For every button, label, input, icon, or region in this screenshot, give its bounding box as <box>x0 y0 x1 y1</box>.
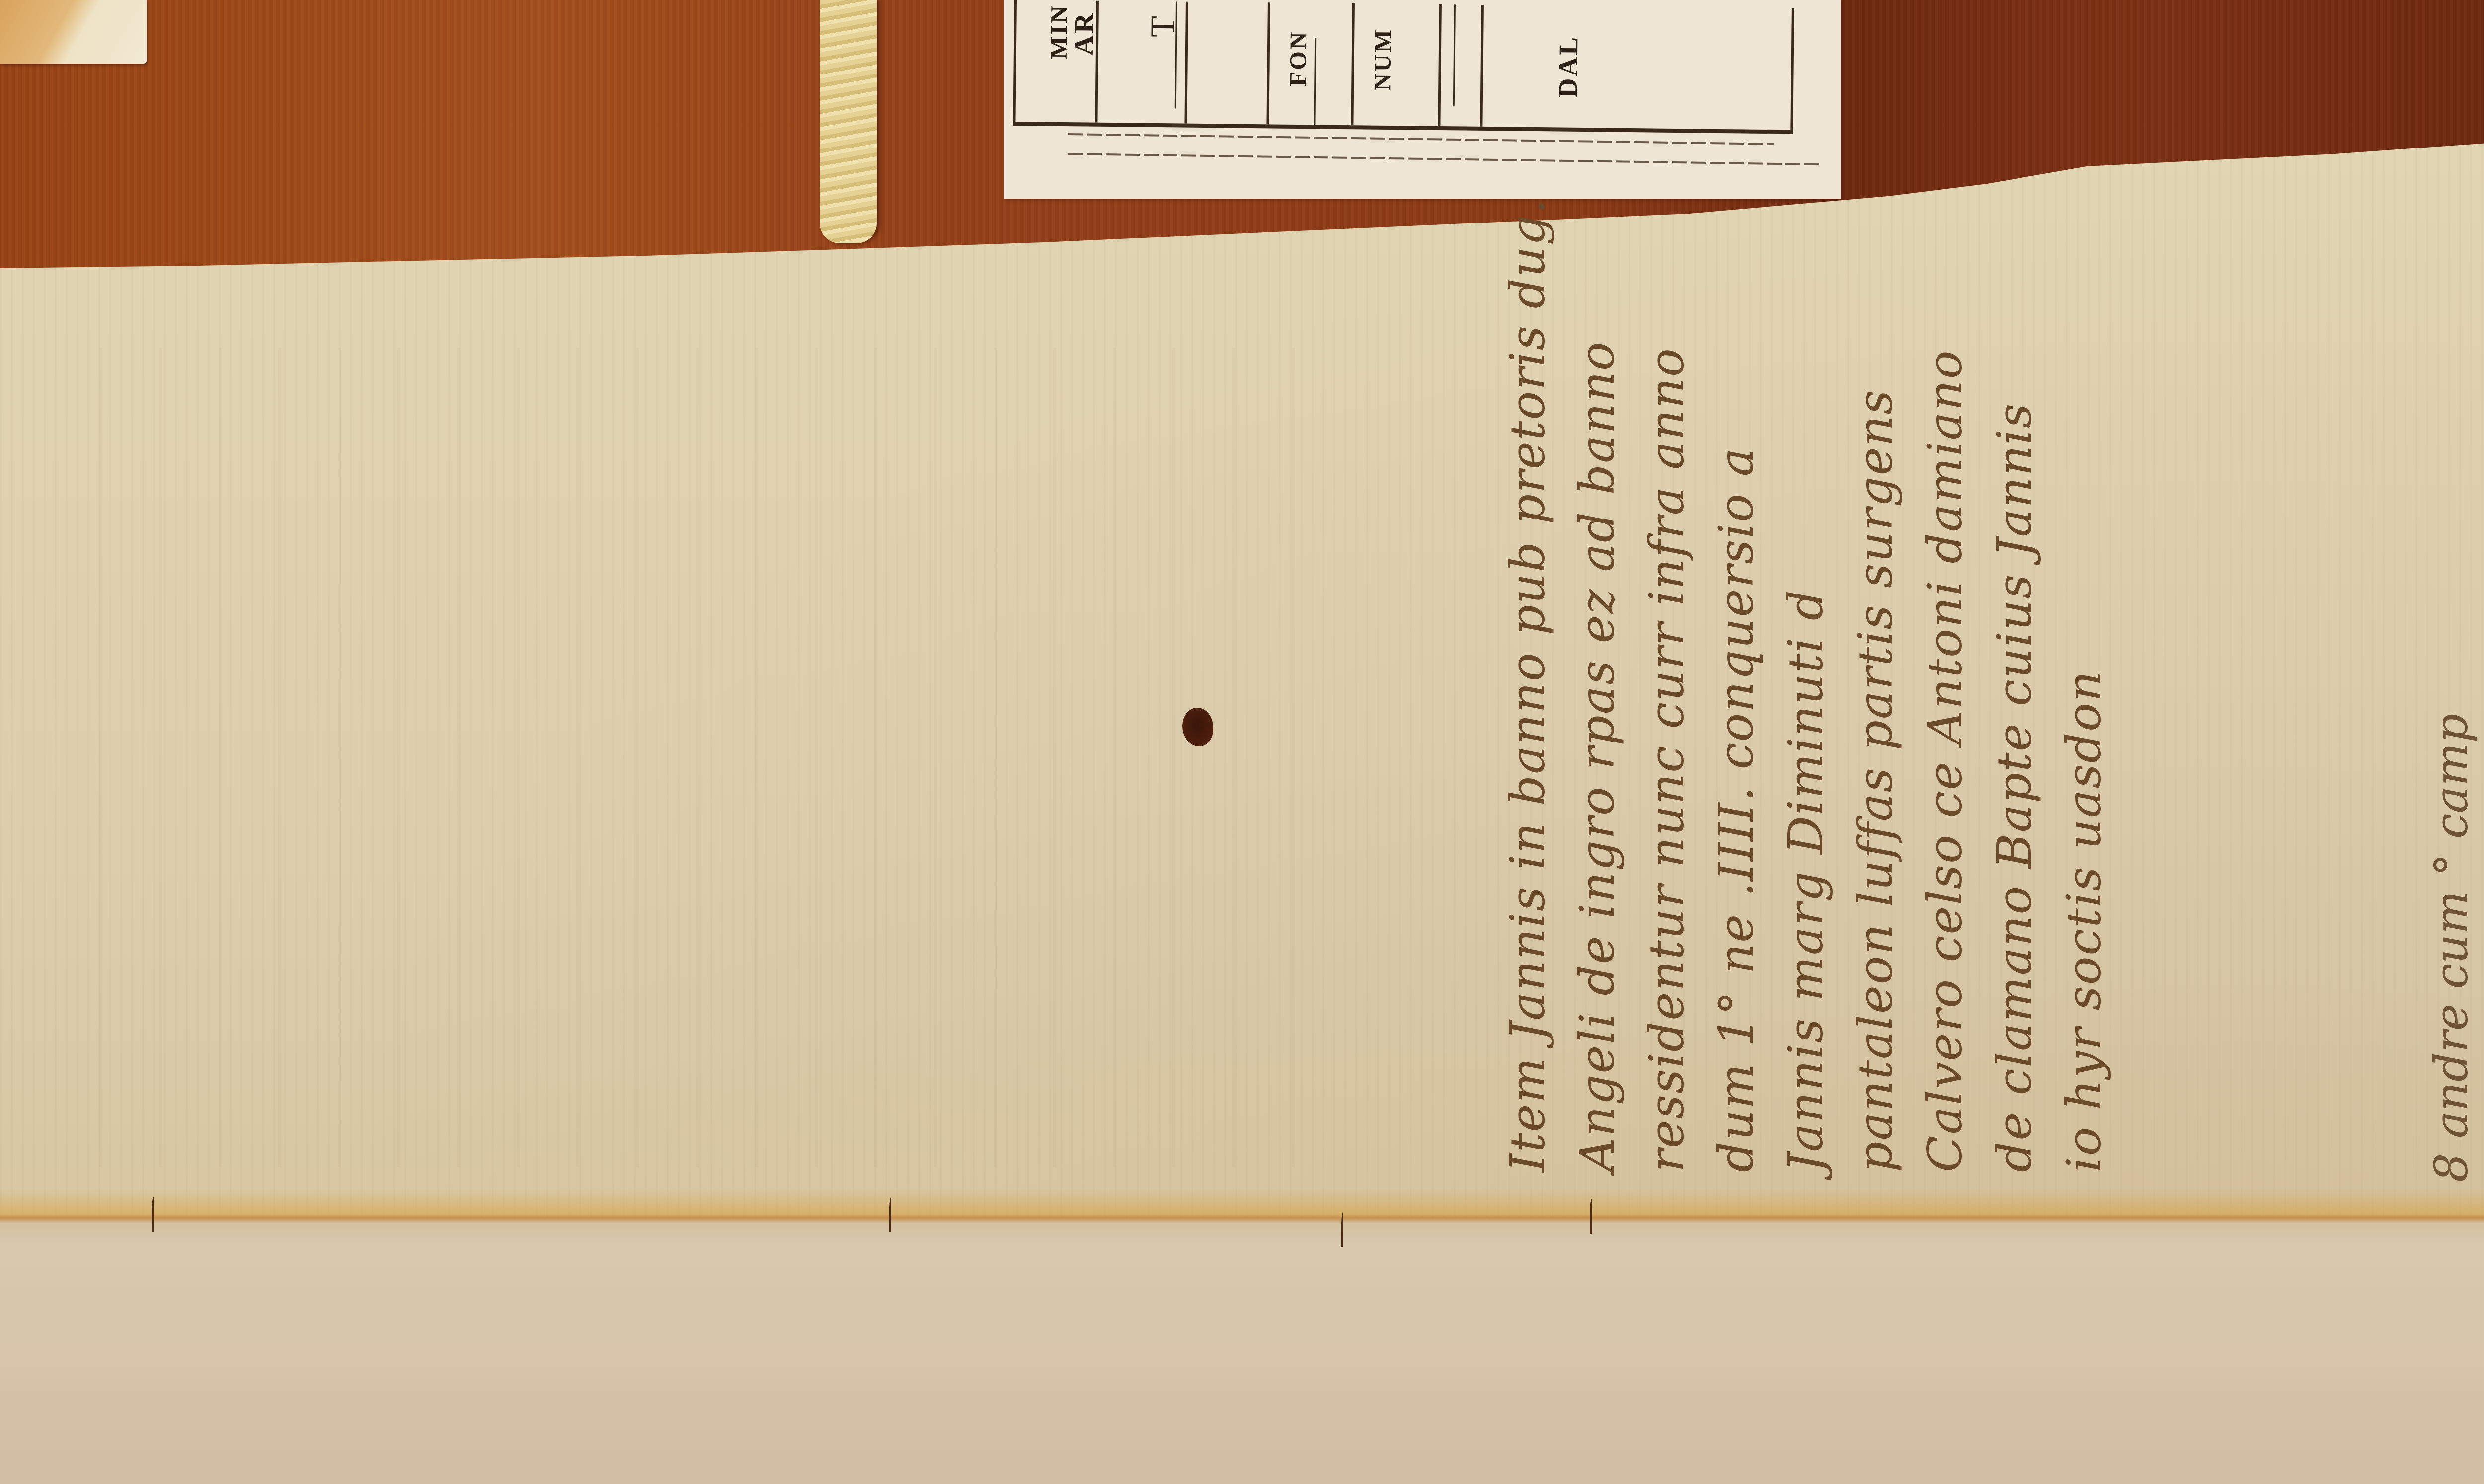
label-handwritten-mark: T <box>1143 14 1183 38</box>
page-fold-stain <box>0 1189 2484 1244</box>
text-line: Item Jannis in banno pub pretoris dug. <box>1495 303 1565 1172</box>
archive-label: MIN AR T FON NUM DAL <box>1004 0 1841 199</box>
label-rule <box>1068 153 1823 165</box>
label-divider <box>1184 2 1188 124</box>
label-field-dal: DAL <box>1552 35 1584 98</box>
text-line: Angeli de ingro rpas ez ad banno <box>1565 303 1634 1172</box>
text-line: de clamano Bapte cuius Jannis <box>1982 303 2052 1172</box>
lower-page-half <box>0 1218 2484 1484</box>
label-divider <box>1453 4 1456 106</box>
label-table: MIN AR T FON NUM DAL <box>1013 0 1794 134</box>
label-field-ar: AR <box>1068 11 1100 56</box>
note-line: 8 andre cum ° camp <box>2419 114 2484 1182</box>
label-divider <box>1266 2 1270 124</box>
handwritten-main-text: Item Jannis in banno pub pretoris dug. A… <box>1495 303 2121 1172</box>
fold-crease-mark <box>1341 1212 1346 1247</box>
fold-crease-mark <box>1590 1199 1595 1234</box>
label-divider <box>1480 5 1484 127</box>
label-field-num: NUM <box>1369 28 1397 91</box>
twine-string <box>820 0 877 243</box>
label-rule <box>1068 133 1774 145</box>
paper-corner-object <box>0 0 147 64</box>
fold-crease-mark <box>889 1197 894 1232</box>
text-line: ressidentur nunc curr infra anno <box>1634 303 1704 1172</box>
fold-crease-mark <box>152 1197 156 1232</box>
bleed-through-text <box>99 348 1341 1167</box>
text-line: Jannis marg Diminuti d <box>1774 303 1843 1172</box>
label-divider <box>1351 3 1355 125</box>
text-line: pantaleon luffas partis surgens <box>1843 303 1913 1172</box>
text-line: io hyr soctis uasdon <box>2052 303 2121 1172</box>
label-field-fon: FON <box>1284 30 1312 86</box>
handwritten-margin-note: 8 andre cum ° camp ce eruplin Domrm cum … <box>2419 114 2484 1182</box>
text-line: dum 1° ne .IIII. conquersio a <box>1704 303 1774 1172</box>
label-divider <box>1314 38 1316 125</box>
text-line: Calvero celso ce Antoni damiano <box>1913 303 1982 1172</box>
label-divider <box>1438 4 1442 126</box>
ink-blot <box>1182 708 1213 746</box>
